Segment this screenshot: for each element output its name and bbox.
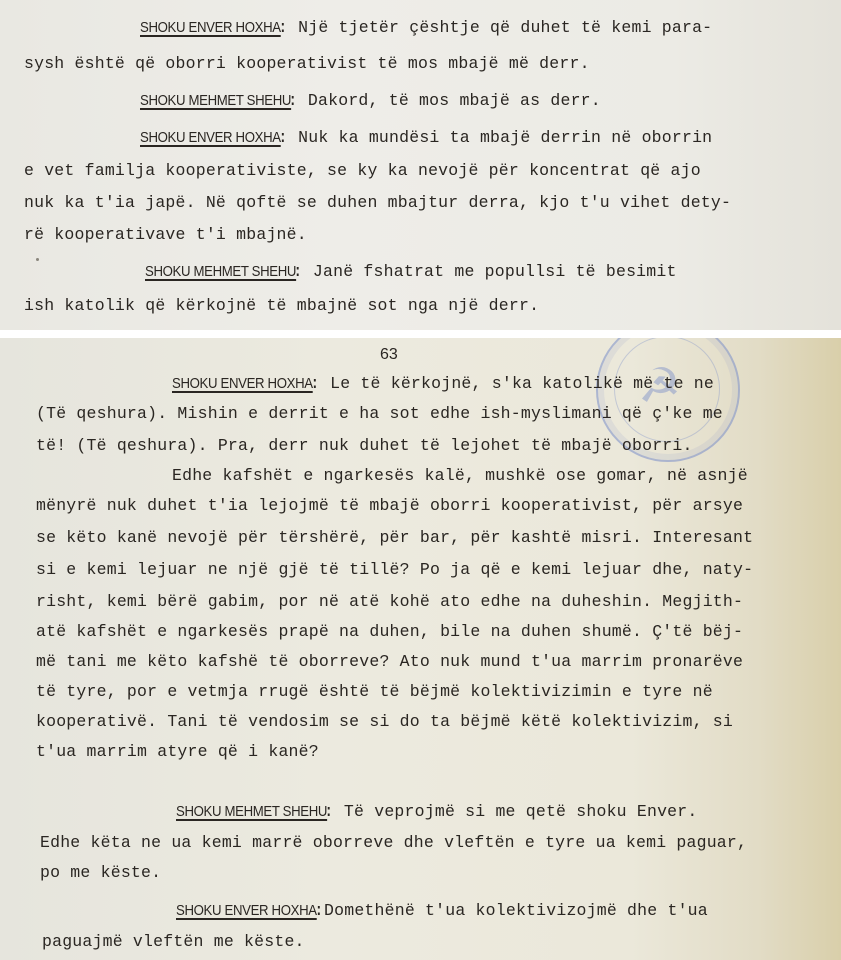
paragraph-line: SHOKU ENVER HOXHA:Domethënë t'ua kolekti… bbox=[176, 901, 708, 921]
paragraph-text: : Një tjetër çështje që duhet të kemi pa… bbox=[278, 18, 712, 37]
page-number: 63 bbox=[380, 346, 398, 364]
paragraph-line: rë kooperativave t'i mbajnë. bbox=[24, 225, 307, 245]
paragraph-line: se këto kanë nevojë për tërshërë, për ba… bbox=[36, 528, 753, 548]
paragraph-line: SHOKU MEHMET SHEHU: Janë fshatrat me pop… bbox=[145, 262, 677, 282]
paragraph-text: : Të veprojmë si me qetë shoku Enver. bbox=[324, 802, 698, 821]
paragraph-line: të! (Të qeshura). Pra, derr nuk duhet të… bbox=[36, 436, 693, 456]
paragraph-line: si e kemi lejuar ne një gjë të tillë? Po… bbox=[36, 560, 753, 580]
paragraph-line: Edhe këta ne ua kemi marrë oborreve dhe … bbox=[40, 833, 747, 853]
paragraph-line: SHOKU MEHMET SHEHU: Të veprojmë si me qe… bbox=[176, 802, 697, 822]
paragraph-text: :Domethënë t'ua kolektivizojmë dhe t'ua bbox=[314, 901, 708, 920]
paragraph-line: (Të qeshura). Mishin e derrit e ha sot e… bbox=[36, 404, 723, 424]
paragraph-line: e vet familja kooperativiste, se ky ka n… bbox=[24, 161, 701, 181]
paragraph-line: kooperativë. Tani të vendosim se si do t… bbox=[36, 712, 733, 732]
speaker-name: SHOKU MEHMET SHEHU bbox=[176, 802, 327, 822]
paragraph-text: : Nuk ka mundësi ta mbajë derrin në obor… bbox=[278, 128, 712, 147]
paragraph-text: : Janë fshatrat me popullsi të besimit bbox=[293, 262, 677, 281]
paragraph-text: : Le të kërkojnë, s'ka katolikë më te ne bbox=[310, 374, 714, 393]
paragraph-line: më tani me këto kafshë të oborreve? Ato … bbox=[36, 652, 743, 672]
speaker-name: SHOKU ENVER HOXHA bbox=[172, 374, 313, 394]
speaker-name: SHOKU ENVER HOXHA bbox=[140, 128, 281, 148]
paragraph-line: SHOKU ENVER HOXHA: Le të kërkojnë, s'ka … bbox=[172, 374, 714, 394]
paragraph-line: të tyre, por e vetmja rrugë është të bëj… bbox=[36, 682, 713, 702]
paragraph-line: nuk ka t'ia japë. Në qoftë se duhen mbaj… bbox=[24, 193, 731, 213]
paragraph-line: SHOKU MEHMET SHEHU: Dakord, të mos mbajë… bbox=[140, 91, 601, 111]
document-scan-top: SHOKU ENVER HOXHA: Një tjetër çështje që… bbox=[0, 0, 841, 330]
scan-speck bbox=[36, 258, 39, 261]
speaker-name: SHOKU MEHMET SHEHU bbox=[145, 262, 296, 282]
document-scan-bottom: ☭ 63 SHOKU ENVER HOXHA: Le të kërkojnë, … bbox=[0, 338, 841, 960]
paragraph-line: paguajmë vleftën me këste. bbox=[42, 932, 305, 952]
paragraph-line: ish katolik që kërkojnë të mbajnë sot ng… bbox=[24, 296, 539, 316]
paragraph-line: SHOKU ENVER HOXHA: Nuk ka mundësi ta mba… bbox=[140, 128, 712, 148]
paragraph-line: Edhe kafshët e ngarkesës kalë, mushkë os… bbox=[172, 466, 748, 486]
paragraph-line: mënyrë nuk duhet t'ia lejojmë të mbajë o… bbox=[36, 496, 743, 516]
speaker-name: SHOKU ENVER HOXHA bbox=[140, 18, 281, 38]
speaker-name: SHOKU ENVER HOXHA bbox=[176, 901, 317, 921]
paragraph-line: atë kafshët e ngarkesës prapë na duhen, … bbox=[36, 622, 743, 642]
speaker-name: SHOKU MEHMET SHEHU bbox=[140, 91, 291, 111]
paragraph-line: sysh është që oborri kooperativist të mo… bbox=[24, 54, 590, 74]
paragraph-line: risht, kemi bërë gabim, por në atë kohë … bbox=[36, 592, 743, 612]
paragraph-line: po me këste. bbox=[40, 863, 161, 883]
paragraph-text: : Dakord, të mos mbajë as derr. bbox=[288, 91, 601, 110]
paragraph-line: t'ua marrim atyre që i kanë? bbox=[36, 742, 319, 762]
paragraph-line: SHOKU ENVER HOXHA: Një tjetër çështje që… bbox=[140, 18, 712, 38]
